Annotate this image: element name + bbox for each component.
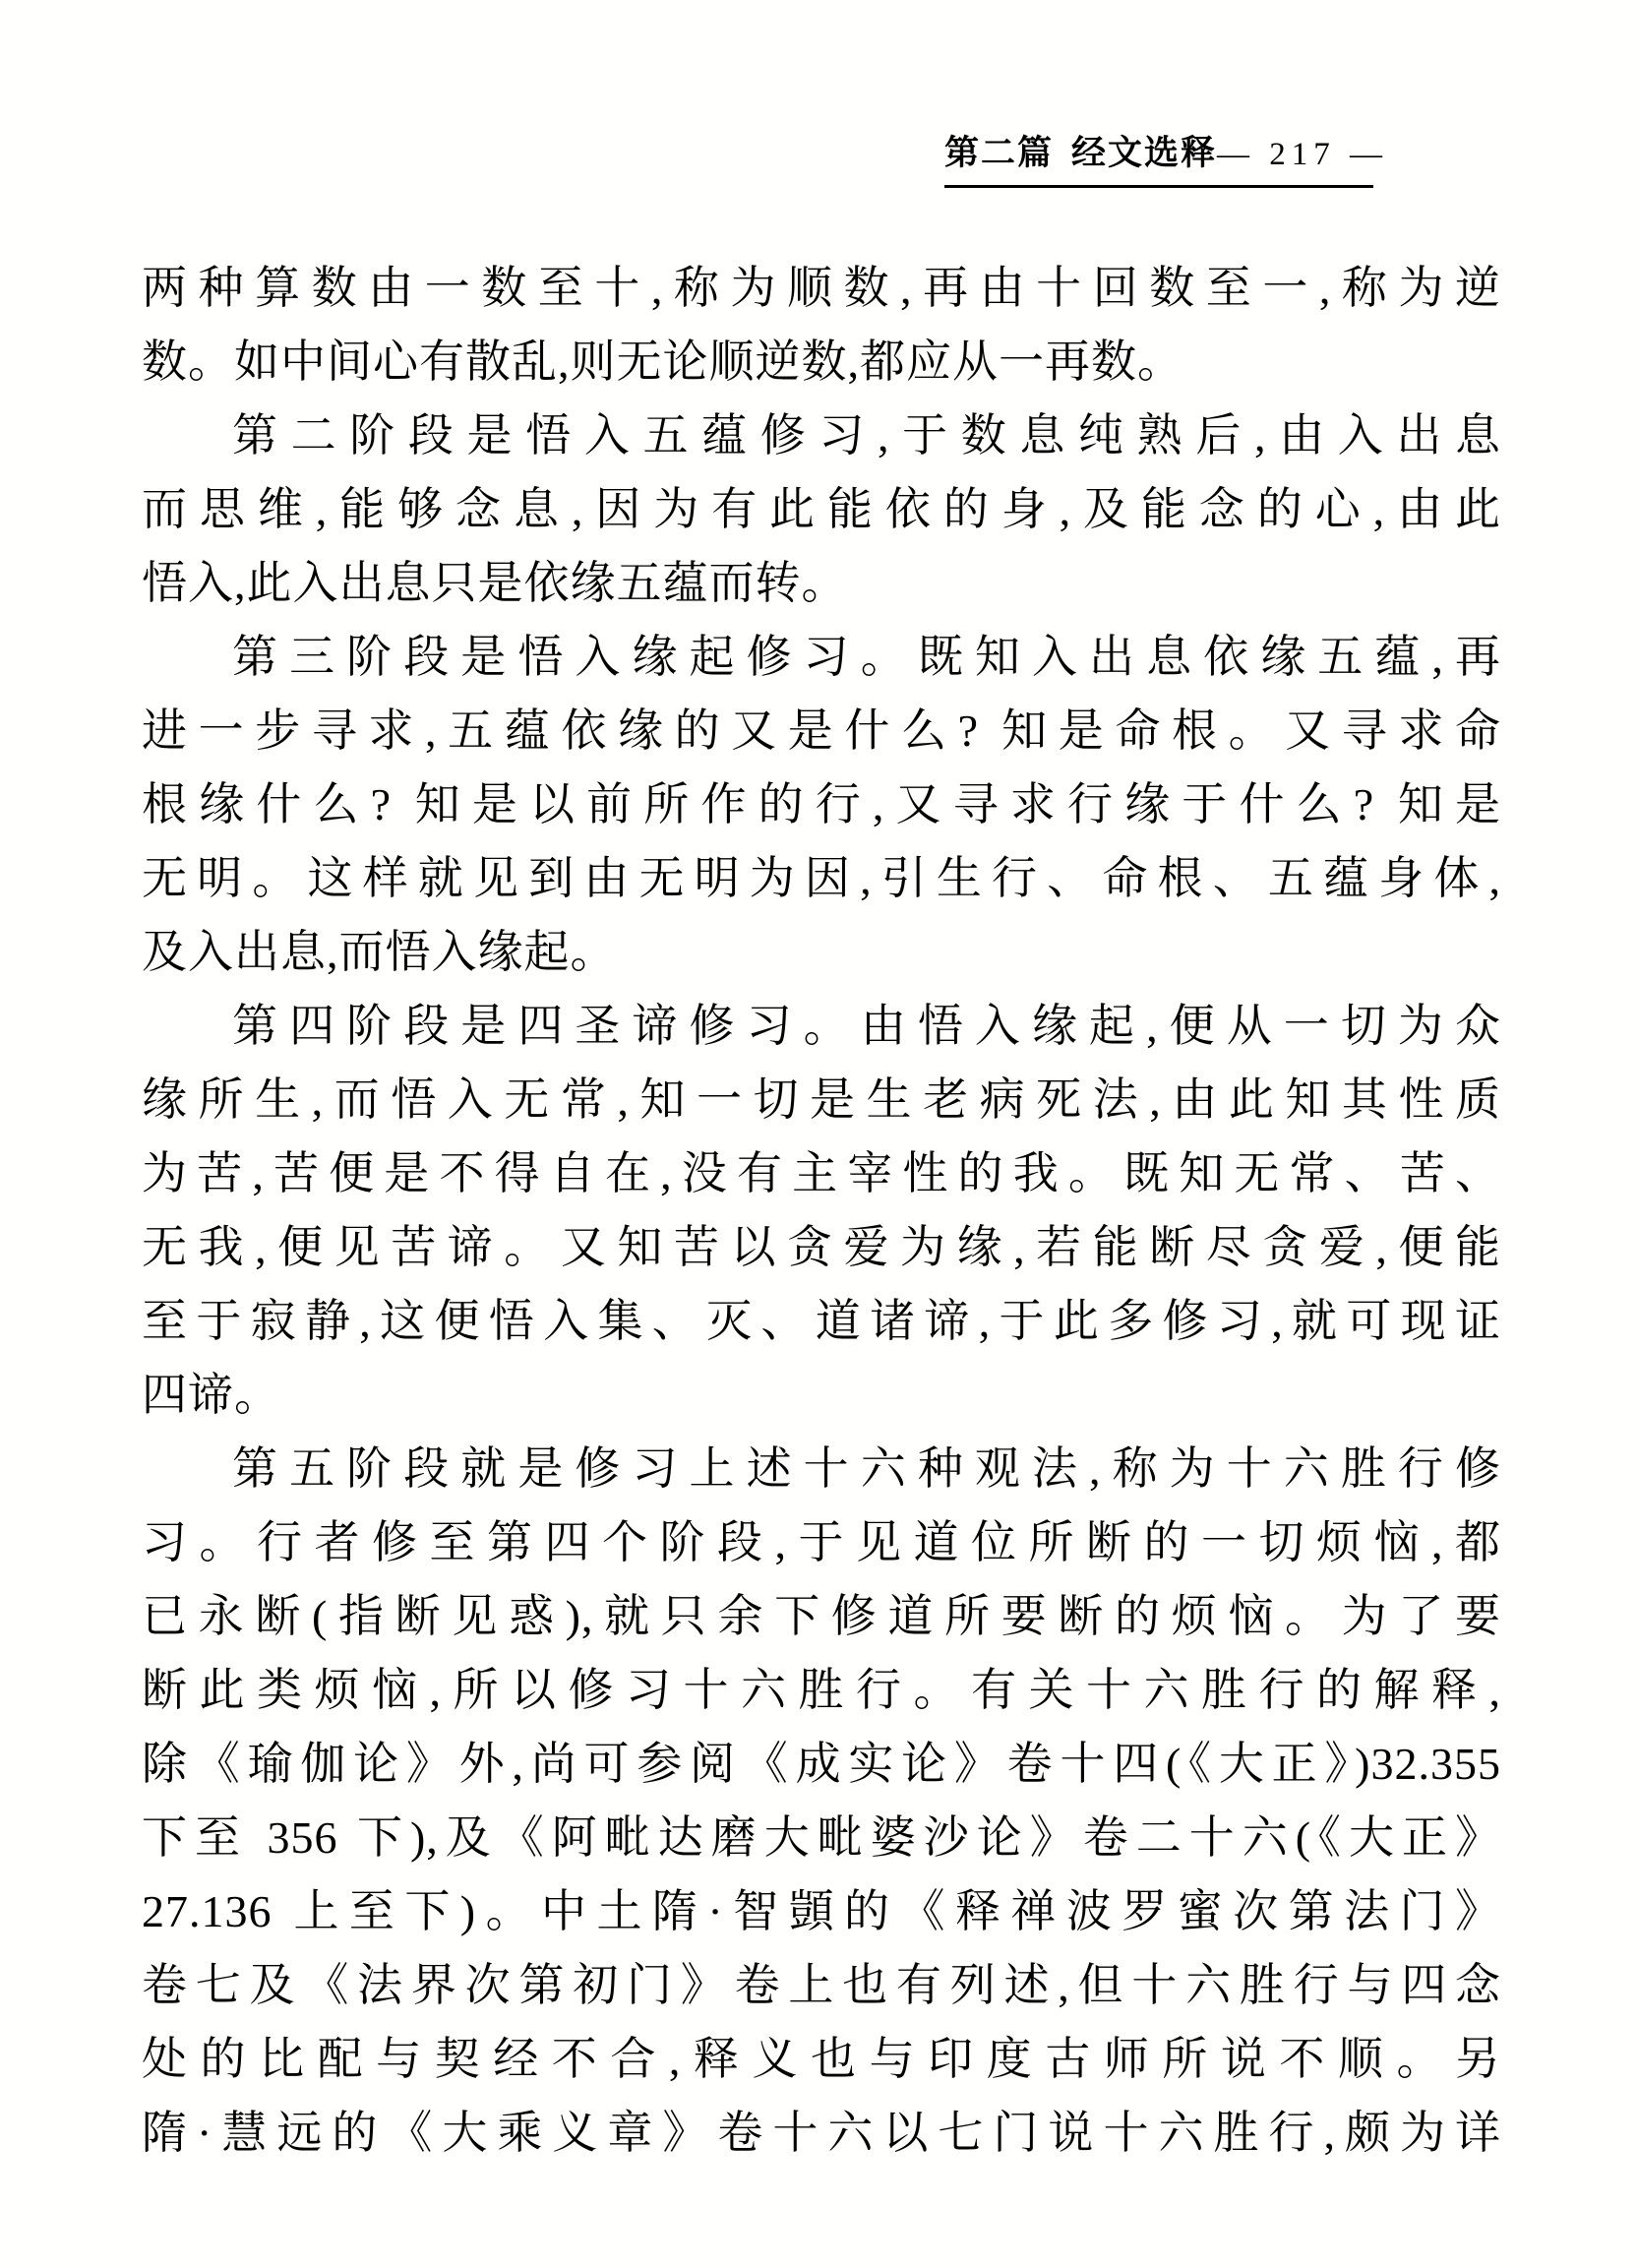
- text-line: 而思维,能够念息,因为有此能依的身,及能念的心,由此: [142, 472, 1501, 546]
- header-title-label: 经文选释: [1071, 126, 1217, 175]
- text-line: 27.136 上至下)。中土隋·智顗的《释禅波罗蜜次第法门》: [142, 1874, 1501, 1948]
- text-line: 无我,便见苦谛。又知苦以贪爱为缘,若能断尽贪爱,便能: [142, 1210, 1501, 1284]
- body-lines: 两种算数由一数至十,称为顺数,再由十回数至一,称为逆数。如中间心有散乱,则无论顺…: [142, 251, 1501, 2170]
- text-line: 除《瑜伽论》外,尚可参阅《成实论》卷十四(《大正》)32.355: [142, 1727, 1501, 1801]
- text-line: 数。如中间心有散乱,则无论顺逆数,都应从一再数。: [142, 325, 1501, 398]
- text-line: 卷七及《法界次第初门》卷上也有列述,但十六胜行与四念: [142, 1948, 1501, 2022]
- text-line: 断此类烦恼,所以修习十六胜行。有关十六胜行的解释,: [142, 1653, 1501, 1727]
- text-line: 第三阶段是悟入缘起修习。既知入出息依缘五蕴,再: [142, 620, 1501, 694]
- text-line: 第五阶段就是修习上述十六种观法,称为十六胜行修: [142, 1432, 1501, 1505]
- text-line: 悟入,此入出息只是依缘五蕴而转。: [142, 546, 1501, 620]
- text-line: 四谛。: [142, 1358, 1501, 1432]
- text-line: 已永断(指断见惑),就只余下修道所要断的烦恼。为了要: [142, 1579, 1501, 1653]
- text-line: 进一步寻求,五蕴依缘的又是什么? 知是命根。又寻求命: [142, 694, 1501, 767]
- text-line: 处的比配与契经不合,释义也与印度古师所说不顺。另: [142, 2022, 1501, 2096]
- text-line: 至于寂静,这便悟入集、灭、道诸谛,于此多修习,就可现证: [142, 1284, 1501, 1358]
- text-line: 为苦,苦便是不得自在,没有主宰性的我。既知无常、苦、: [142, 1136, 1501, 1210]
- header-chapter: 第二篇 经文选释: [944, 126, 1217, 175]
- page-header: 第二篇 经文选释 — 217 —: [944, 126, 1373, 188]
- text-line: 无明。这样就见到由无明为因,引生行、命根、五蕴身体,: [142, 841, 1501, 915]
- text-line: 隋·慧远的《大乘义章》卷十六以七门说十六胜行,颇为详: [142, 2096, 1501, 2170]
- text-line: 下至 356 下),及《阿毗达磨大毗婆沙论》卷二十六(《大正》: [142, 1801, 1501, 1874]
- header-section-label: 第二篇: [944, 126, 1054, 175]
- text-line: 第二阶段是悟入五蕴修习,于数息纯熟后,由入出息: [142, 398, 1501, 472]
- text-line: 缘所生,而悟入无常,知一切是生老病死法,由此知其性质: [142, 1063, 1501, 1136]
- text-line: 及入出息,而悟入缘起。: [142, 915, 1501, 989]
- text-line: 两种算数由一数至十,称为顺数,再由十回数至一,称为逆: [142, 251, 1501, 325]
- header-page-number: — 217 —: [1217, 137, 1388, 173]
- text-line: 根缘什么? 知是以前所作的行,又寻求行缘于什么? 知是: [142, 767, 1501, 841]
- text-line: 第四阶段是四圣谛修习。由悟入缘起,便从一切为众: [142, 989, 1501, 1063]
- scanned-book-page: 第二篇 经文选释 — 217 — 两种算数由一数至十,称为顺数,再由十回数至一,…: [0, 0, 1637, 2268]
- text-line: 习。行者修至第四个阶段,于见道位所断的一切烦恼,都: [142, 1505, 1501, 1579]
